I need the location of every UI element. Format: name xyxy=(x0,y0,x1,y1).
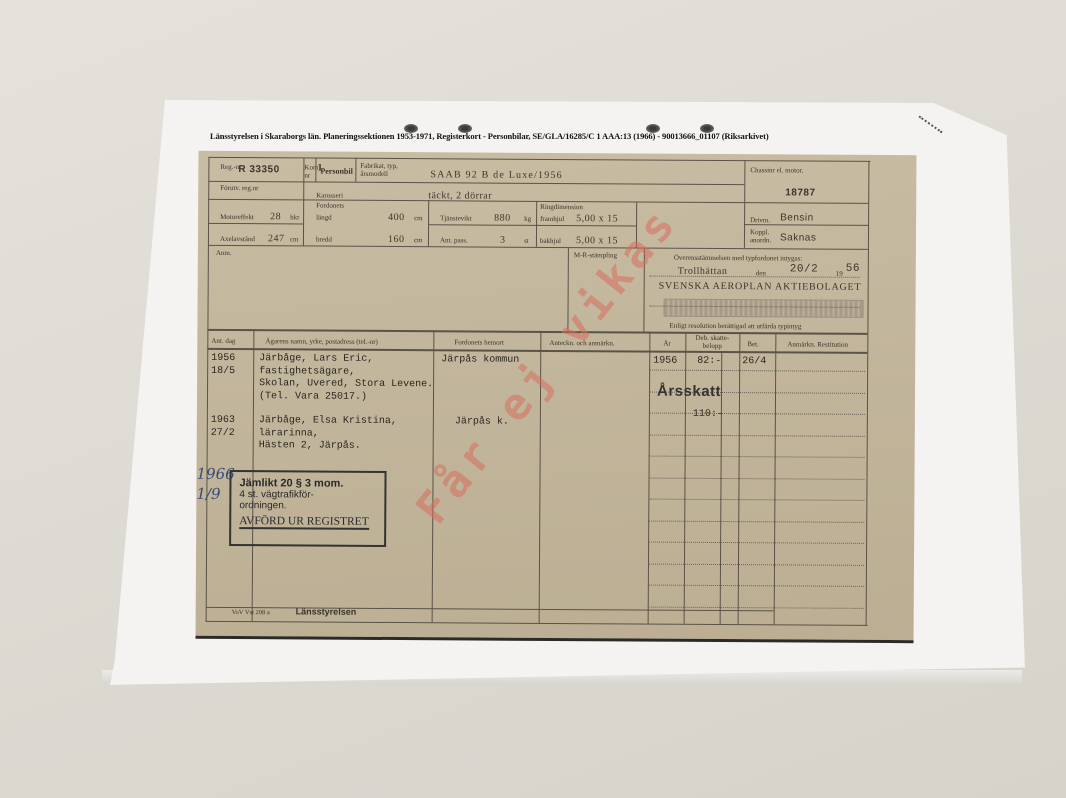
motoreffekt-value: 28 xyxy=(270,211,281,222)
stamp-line-4: AVFÖRD UR REGISTRET xyxy=(239,515,369,530)
illegible-signature-stamp xyxy=(663,299,863,318)
ringdimension-label: Ringdimension xyxy=(540,203,583,211)
axelavstand-value: 247 xyxy=(268,233,285,244)
owner-row-1-date: 1956 18/5 xyxy=(211,353,235,378)
owner-row-1-hemort: Järpås kommun xyxy=(441,354,519,367)
ant-pass-unit: st xyxy=(524,237,529,245)
stamp-line-1: Jämlikt 20 § 3 mom. xyxy=(239,477,376,490)
arsskatt-stamp: Årsskatt xyxy=(657,383,721,400)
intyg-den-label: den xyxy=(756,269,766,277)
tjanstevikt-value: 880 xyxy=(494,213,511,224)
koppl-label: Koppl. anordn. xyxy=(750,228,776,244)
fordonets-label: Fordonets xyxy=(316,202,344,210)
karosseri-label: Karosseri xyxy=(316,192,343,200)
stamp-line-3: ordningen. xyxy=(239,500,376,512)
archive-header: Länsstyrelsen i Skaraborgs län. Planerin… xyxy=(210,131,810,141)
tjanstevikt-unit: kg xyxy=(524,215,531,223)
footer-form-code: VoV Vst 208 a xyxy=(232,609,270,617)
bredd-value: 160 xyxy=(388,234,405,245)
tax-row-1-amount: 82:- xyxy=(697,356,721,369)
motoreffekt-label: Motoreffekt xyxy=(220,213,254,221)
footer-authority: Länsstyrelsen xyxy=(296,607,357,615)
koppl-value: Saknas xyxy=(780,232,816,243)
intyg-label: Överensstämmelsen med typfordonet intyga… xyxy=(674,254,803,263)
drivm-value: Bensin xyxy=(780,212,814,223)
bakhjul-label: bakhjul xyxy=(540,237,561,245)
intyg-date: 20/2 xyxy=(790,263,818,275)
langd-unit: cm xyxy=(414,214,423,222)
tjanstevikt-label: Tjänstevikt xyxy=(440,214,472,222)
intyg-year-prefix: 19 xyxy=(836,270,843,278)
fabrikat-value: SAAB 92 B de Luxe/1956 xyxy=(430,169,563,181)
col-header-anmarkn-restitution: Anmärkn. Restitution xyxy=(787,340,848,348)
axelavstand-unit: cm xyxy=(290,235,299,243)
tax-row-1-paid: 26/4 xyxy=(742,356,766,369)
col-header-ar: År xyxy=(663,340,670,348)
col-header-bet: Bet. xyxy=(747,340,759,348)
langd-label: längd xyxy=(316,214,332,222)
drivm-label: Drivm. xyxy=(750,216,770,224)
col-header-hemort: Fordonets hemort xyxy=(454,338,504,346)
motoreffekt-unit: hkr xyxy=(290,213,299,221)
intyg-footer: Enligt resolution berättigad att utfärda… xyxy=(669,322,801,331)
deregistration-stamp: Jämlikt 20 § 3 mom. 4 st. vägtrafikför- … xyxy=(229,470,386,547)
forutv-label: Förutv. reg.nr xyxy=(220,184,260,192)
col-header-deb-skattebelopp: Deb. skatte-belopp xyxy=(689,334,735,350)
arsskatt-amount: 110:- xyxy=(693,409,723,422)
chassinr-value: 18787 xyxy=(785,187,815,198)
fabrikat-label: Fabrikat, typ, årsmodell xyxy=(360,162,420,178)
langd-value: 400 xyxy=(388,212,405,223)
owner-row-1-owner: Järbåge, Lars Eric, fastighetsägare, Sko… xyxy=(259,353,433,404)
col-header-ant-dag: Ant. dag xyxy=(211,337,235,345)
ant-pass-label: Ant. pass. xyxy=(440,236,468,244)
tax-row-1-year: 1956 xyxy=(653,356,677,369)
framhjul-label: framhjul xyxy=(540,215,564,223)
bredd-unit: cm xyxy=(414,236,423,244)
intyg-place: Trollhättan xyxy=(678,266,728,277)
axelavstand-label: Axelavstånd xyxy=(220,235,255,243)
registration-card: Reg.-nr R 33350 Kom nr 1 Personbil Fabri… xyxy=(196,151,917,643)
stamp-line-2: 4 st. vägtrafikför- xyxy=(239,489,376,501)
chassinr-label: Chassinr el. motor. xyxy=(750,166,803,174)
reg-nr-value: R 33350 xyxy=(238,164,279,175)
karosseri-value: täckt, 2 dörrar xyxy=(428,190,492,201)
owner-row-2-date: 1963 27/2 xyxy=(211,415,235,440)
bredd-label: bredd xyxy=(316,236,332,244)
ant-pass-value: 3 xyxy=(500,235,506,246)
intyg-company: SVENSKA AEROPLAN AKTIEBOLAGET xyxy=(659,281,862,293)
category-label: Personbil xyxy=(320,168,353,176)
col-header-agare: Ägarens namn, yrke, postadress (tel.-nr) xyxy=(265,337,378,346)
owner-row-2-owner: Järbåge, Elsa Kristina, lärarinna, Häste… xyxy=(259,415,397,453)
kom-nr-label: Kom nr xyxy=(304,163,316,179)
intyg-year: 56 xyxy=(846,263,860,275)
framhjul-value: 5,00 x 15 xyxy=(576,213,618,224)
anm-label: Anm. xyxy=(216,249,232,257)
